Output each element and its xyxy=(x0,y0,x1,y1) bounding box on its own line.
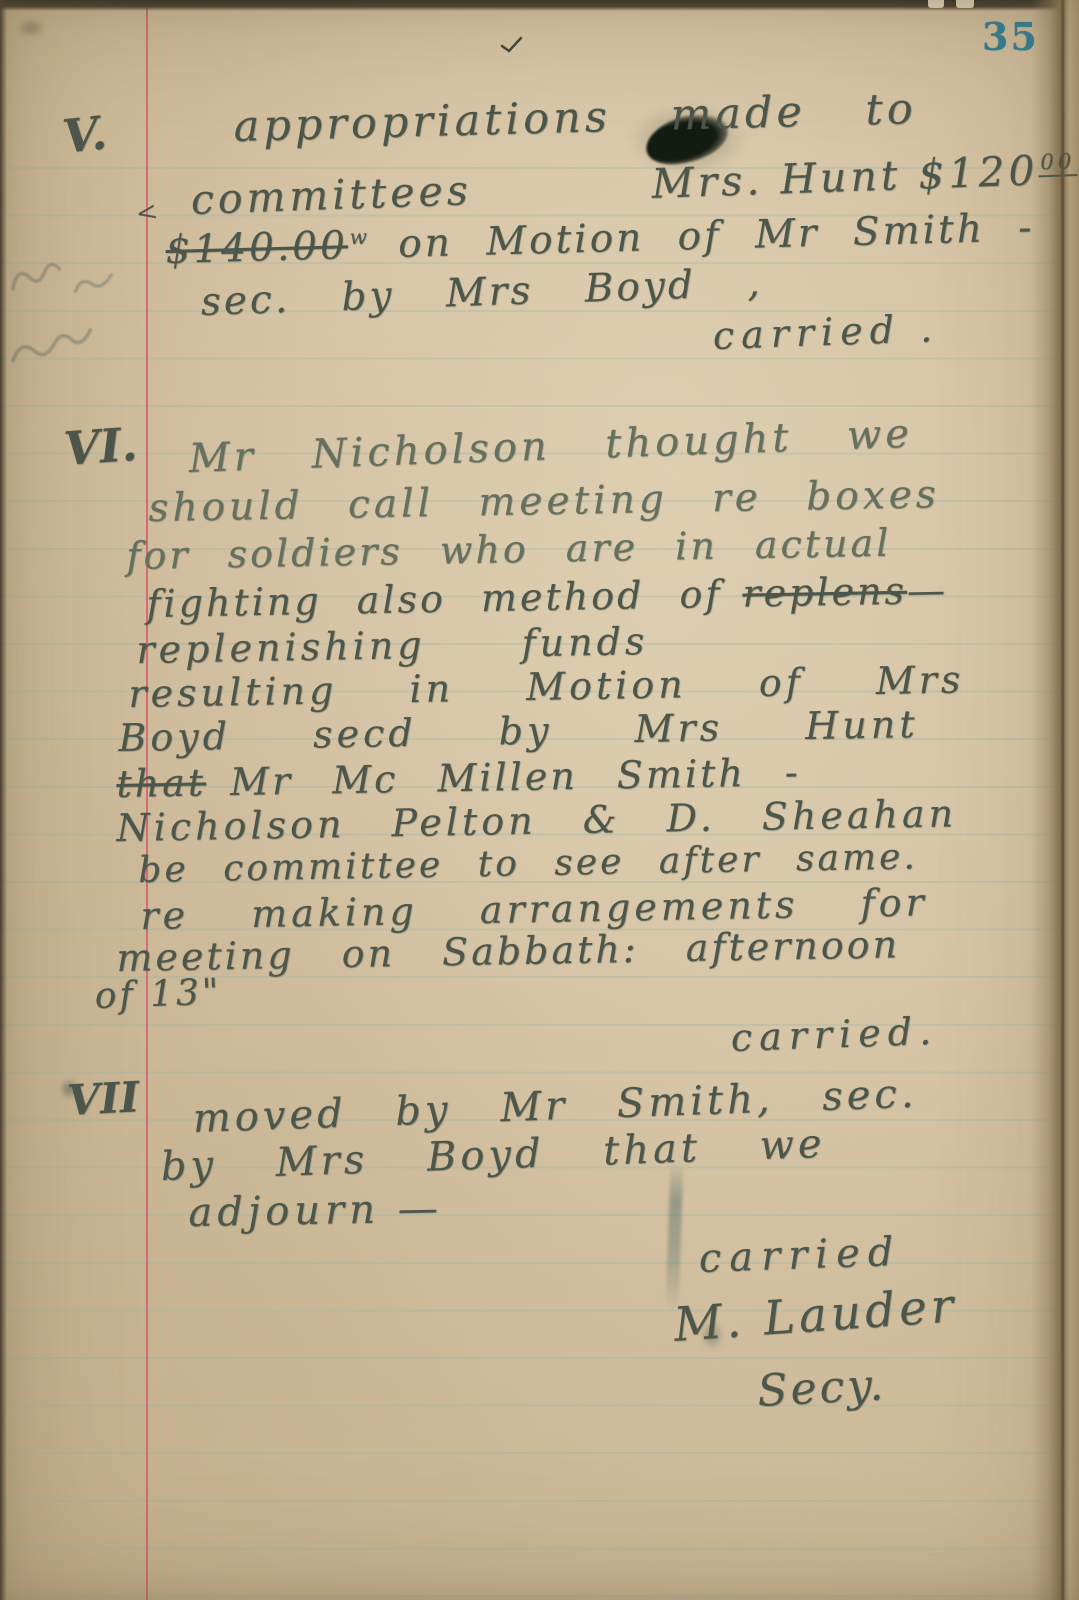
handwritten-line: adjourn — xyxy=(188,1186,443,1236)
stray-pen-mark xyxy=(500,36,524,54)
handwritten-text: — xyxy=(907,568,949,613)
page-edge-notch xyxy=(928,0,944,8)
section-numeral: VII xyxy=(66,1072,140,1125)
carried-notation: carried. xyxy=(730,1009,939,1060)
carried-notation: carried xyxy=(698,1229,902,1282)
page-edge-notch xyxy=(956,0,974,8)
signature-title: Secy. xyxy=(756,1359,887,1417)
bleed-through-marks xyxy=(2,300,152,380)
section-numeral: VI. xyxy=(62,417,139,476)
handwritten-text: replenishing xyxy=(136,623,426,672)
handwritten-text: committees xyxy=(190,166,473,224)
section-numeral: V. xyxy=(60,105,109,163)
carried-notation: carried . xyxy=(712,306,940,358)
handwritten-text: funds xyxy=(521,619,649,665)
handwritten-line: of 13" xyxy=(94,972,222,1017)
bleed-through-marks xyxy=(4,236,144,306)
page-top-edge xyxy=(0,0,1079,11)
struck-out-word: that xyxy=(116,760,206,806)
struck-out-amount: $140.00 xyxy=(165,223,348,273)
handwritten-line: appropriations made to xyxy=(233,84,917,152)
corner-smudge xyxy=(16,18,46,38)
page-number: 35 xyxy=(982,14,1039,59)
minute-book-page: 35 < V. appropriations made to committee… xyxy=(0,0,1079,1600)
superscript-mark: w xyxy=(347,225,372,250)
book-binding-edge xyxy=(1031,0,1079,1600)
superscript-cents: 00 xyxy=(1038,149,1078,177)
struck-out-word: replens xyxy=(742,569,907,616)
